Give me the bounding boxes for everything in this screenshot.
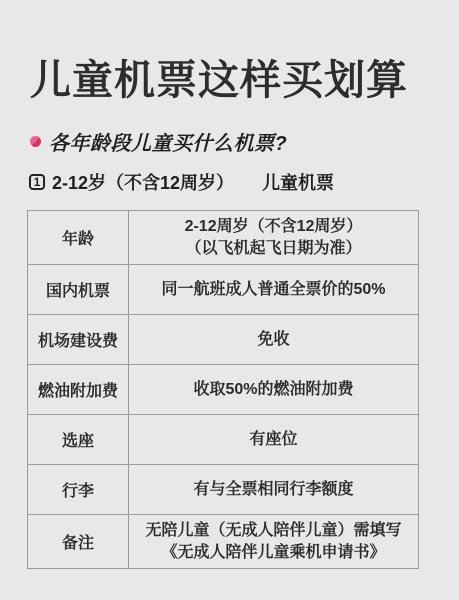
row-value: 免收 [129,315,419,365]
table-row-age: 年龄 2-12周岁（不含12周岁） （以飞机起飞日期为准） [28,210,419,264]
row-value: 有与全票相同行李额度 [129,465,419,515]
section-heading-text: 各年龄段儿童买什么机票? [49,127,287,156]
age-group-item: 1 2-12岁（不含12周岁） 儿童机票 [29,169,459,195]
table-row-domestic-ticket: 国内机票 同一航班成人普通全票价的50% [28,265,419,315]
row-value: 有座位 [129,415,419,465]
age-range-text: 2-12岁（不含12周岁） [52,169,234,195]
row-label: 机场建设费 [28,315,129,365]
row-label: 燃油附加费 [28,365,129,415]
table-row-fuel-surcharge: 燃油附加费 收取50%的燃油附加费 [28,365,419,415]
infographic-page: 儿童机票这样买划算 各年龄段儿童买什么机票? 1 2-12岁（不含12周岁） 儿… [0,0,459,600]
ticket-info-table: 年龄 2-12周岁（不含12周岁） （以飞机起飞日期为准） 国内机票 同一航班成… [27,210,419,569]
table-row-baggage: 行李 有与全票相同行李额度 [28,465,419,515]
row-value: 收取50%的燃油附加费 [129,365,419,415]
row-label: 选座 [28,415,129,465]
table-row-airport-fee: 机场建设费 免收 [28,315,419,365]
number-1-icon: 1 [29,174,45,190]
row-value: 同一航班成人普通全票价的50% [129,265,419,315]
page-title: 儿童机票这样买划算 [30,58,459,104]
table-row-seat-selection: 选座 有座位 [28,415,419,465]
ticket-type-text: 儿童机票 [262,169,334,195]
table-row-remarks: 备注 无陪儿童（无成人陪伴儿童）需填写《无成人陪伴儿童乘机申请书》 [28,515,419,569]
row-label: 行李 [28,465,129,515]
row-label: 国内机票 [28,265,129,315]
row-value: 2-12周岁（不含12周岁） （以飞机起飞日期为准） [129,210,419,264]
ring-bullet-icon [30,136,41,147]
row-label: 备注 [28,515,129,569]
section-heading: 各年龄段儿童买什么机票? [30,127,459,156]
row-value: 无陪儿童（无成人陪伴儿童）需填写《无成人陪伴儿童乘机申请书》 [129,515,419,569]
row-label: 年龄 [28,210,129,264]
